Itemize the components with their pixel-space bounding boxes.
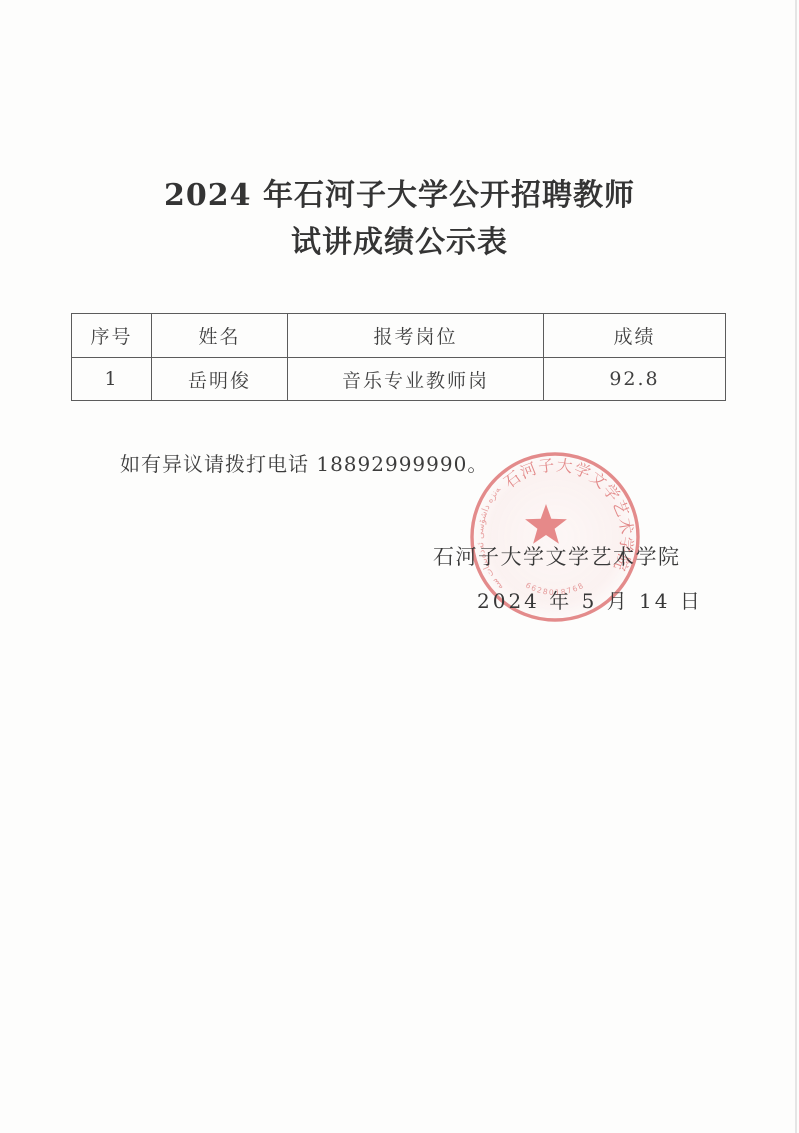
objection-note: 如有异议请拨打电话 18892999990。 [120,448,488,477]
header-serial: 序号 [72,314,152,358]
cell-position: 音乐专业教师岗 [288,358,544,401]
title-line-2: 试讲成绩公示表 [0,219,799,266]
cell-score: 92.8 [544,358,726,401]
signature-organization: 石河子大学文学艺术学院 [433,541,681,571]
cell-serial: 1 [72,358,152,401]
cell-name: 岳明俊 [152,358,288,401]
signature-date: 2024 年 5 月 14 日 [477,585,703,614]
header-position: 报考岗位 [288,314,544,358]
document-title: 2024 年石河子大学公开招聘教师 试讲成绩公示表 [0,172,799,266]
header-name: 姓名 [152,314,288,358]
table-row: 1 岳明俊 音乐专业教师岗 92.8 [72,358,726,401]
page-edge-shadow [795,0,797,1133]
score-table: 序号 姓名 报考岗位 成绩 1 岳明俊 音乐专业教师岗 92.8 [71,313,726,401]
title-line-1: 2024 年石河子大学公开招聘教师 [0,172,799,219]
document-page: 2024 年石河子大学公开招聘教师 试讲成绩公示表 序号 姓名 报考岗位 成绩 … [0,0,799,1133]
table-header-row: 序号 姓名 报考岗位 成绩 [72,314,726,358]
header-score: 成绩 [544,314,726,358]
